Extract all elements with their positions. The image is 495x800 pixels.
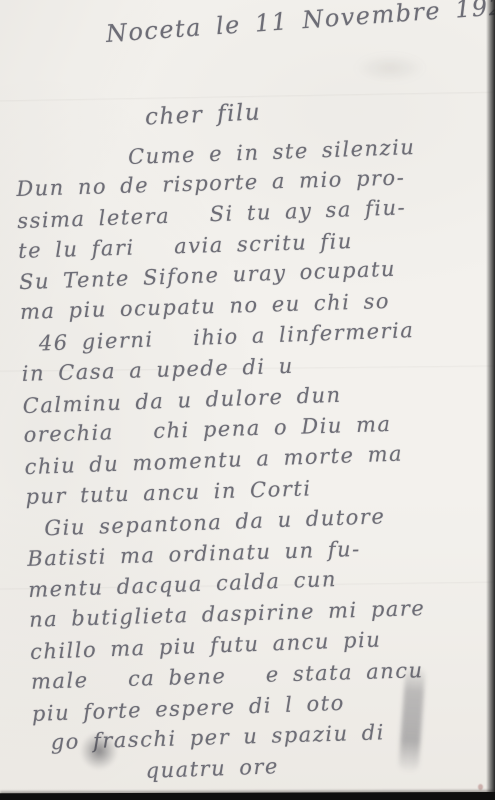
ink-smudge	[355, 55, 425, 81]
scan-edge-bottom	[0, 792, 495, 800]
letter-page: Noceta le 11 Novembre 1929 cher filu Cum…	[0, 0, 495, 800]
letter-salutation: cher filu	[144, 99, 261, 130]
letter-dateline: Noceta le 11 Novembre 1929	[105, 0, 495, 48]
paper-stain-dot	[478, 784, 483, 790]
letter-body: Dun no de risporte a mio pro- ssima lete…	[16, 165, 430, 792]
scan-edge-right	[486, 0, 495, 800]
ink-smudge	[80, 732, 118, 770]
letter-opening-line: Cume e in ste silenziu	[128, 135, 416, 169]
